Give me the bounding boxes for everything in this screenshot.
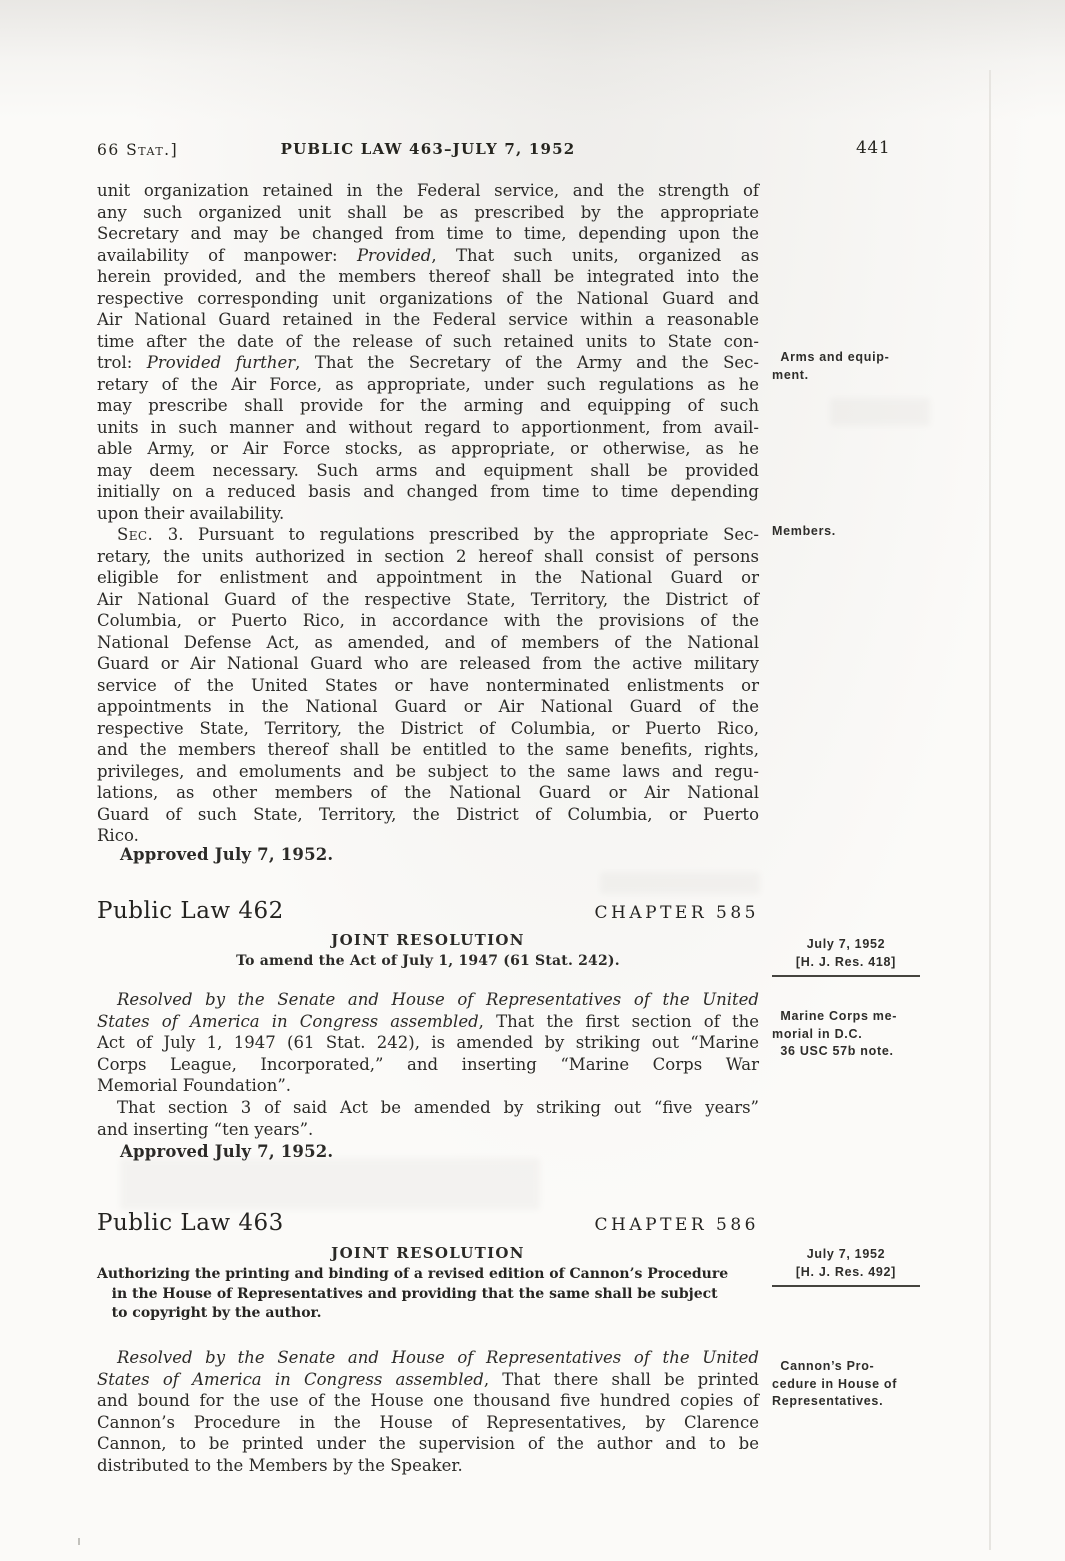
date-line: July 7, 1952 bbox=[772, 1246, 920, 1264]
text-line: Representatives. bbox=[772, 1393, 924, 1411]
text-segment: initially on a reduced basis and changed… bbox=[97, 482, 759, 501]
text-segment: units in such manner and without regard … bbox=[97, 418, 759, 437]
header-law-title: PUBLIC LAW 463–JULY 7, 1952 bbox=[97, 140, 759, 158]
text-line: States of America in Congress assembled,… bbox=[97, 1369, 759, 1391]
text-segment: Arms and equip- bbox=[772, 350, 889, 364]
resolution-purpose-text: Authorizing the printing and binding of … bbox=[97, 1265, 759, 1324]
text-segment: Cannon’s Procedure in the House of Repre… bbox=[97, 1413, 759, 1432]
page-edge-shadow bbox=[989, 70, 991, 1550]
text-segment: and inserting “ten years”. bbox=[97, 1120, 313, 1139]
text-line: That section 3 of said Act be amended by… bbox=[97, 1097, 759, 1119]
text-line: respective State, Territory, the Distric… bbox=[97, 718, 759, 740]
text-line: Marine Corps me- bbox=[772, 1008, 924, 1026]
text-segment: 3. Pursuant to regulations prescribed by… bbox=[153, 525, 759, 544]
text-segment: herein provided, and the members thereof… bbox=[97, 267, 759, 286]
text-segment: respective corresponding unit organizati… bbox=[97, 289, 759, 308]
text-segment: service of the United States or have non… bbox=[97, 676, 759, 695]
text-segment: in the House of Representatives and prov… bbox=[97, 1286, 718, 1302]
header-page-number: 441 bbox=[856, 138, 890, 158]
text-segment: respective State, Territory, the Distric… bbox=[97, 719, 759, 738]
margin-rule bbox=[772, 975, 920, 977]
text-line: may prescribe shall provide for the armi… bbox=[97, 395, 759, 417]
text-segment: and bound for the use of the House one t… bbox=[97, 1391, 759, 1410]
text-segment: Memorial Foundation”. bbox=[97, 1076, 291, 1095]
text-segment: may prescribe shall provide for the armi… bbox=[97, 396, 759, 415]
text-segment: Marine Corps me- bbox=[772, 1009, 897, 1023]
margin-note-marine-corps-memorial: Marine Corps me-morial in D.C. 36 USC 57… bbox=[772, 1008, 924, 1061]
body-paragraph-sec3: Sec. 3. Pursuant to regulations prescrib… bbox=[97, 524, 759, 847]
text-line: privileges, and emoluments and be subjec… bbox=[97, 761, 759, 783]
text-segment: Cannon, to be printed under the supervis… bbox=[97, 1434, 759, 1453]
text-line: may deem necessary. Such arms and equipm… bbox=[97, 460, 759, 482]
text-segment: unit organization retained in the Federa… bbox=[97, 181, 759, 200]
text-line: retary of the Air Force, as appropriate,… bbox=[97, 374, 759, 396]
date-line: July 7, 1952 bbox=[772, 936, 920, 954]
text-line: initially on a reduced basis and changed… bbox=[97, 481, 759, 503]
text-line: Cannon, to be printed under the supervis… bbox=[97, 1433, 759, 1455]
text-line: Members. bbox=[772, 523, 924, 541]
text-segment: Members. bbox=[772, 524, 836, 538]
text-segment: privileges, and emoluments and be subjec… bbox=[97, 762, 759, 781]
text-line: Air National Guard of the respective Sta… bbox=[97, 589, 759, 611]
text-line: Air National Guard retained in the Feder… bbox=[97, 309, 759, 331]
text-line: Act of July 1, 1947 (61 Stat. 242), is a… bbox=[97, 1032, 759, 1054]
text-segment: Air National Guard of the respective Sta… bbox=[97, 590, 759, 609]
resolution-number: [H. J. Res. 418] bbox=[772, 954, 920, 972]
text-segment: , That there shall be printed bbox=[484, 1370, 759, 1389]
text-line: Corps League, Incorporated,” and inserti… bbox=[97, 1054, 759, 1076]
text-segment: able Army, or Air Force stocks, as appro… bbox=[97, 439, 759, 458]
text-line: lations, as other members of the Nationa… bbox=[97, 782, 759, 804]
text-line: in the House of Representatives and prov… bbox=[97, 1285, 759, 1305]
text-line: time after the date of the release of su… bbox=[97, 331, 759, 353]
joint-resolution-subtitle: To amend the Act of July 1, 1947 (61 Sta… bbox=[97, 953, 759, 969]
text-line: any such organized unit shall be as pres… bbox=[97, 202, 759, 224]
margin-rule bbox=[772, 1285, 920, 1287]
text-line: Columbia, or Puerto Rico, in accordance … bbox=[97, 610, 759, 632]
text-line: trol: Provided further, That the Secreta… bbox=[97, 352, 759, 374]
approved-line: Approved July 7, 1952. bbox=[97, 1142, 782, 1161]
scan-artifact bbox=[78, 1538, 80, 1545]
public-law-462-label: Public Law 462 bbox=[97, 898, 284, 924]
text-segment: , That the Secretary of the Army and the… bbox=[295, 353, 759, 372]
text-segment: appointments in the National Guard or Ai… bbox=[97, 697, 759, 716]
text-segment: morial in D.C. bbox=[772, 1027, 862, 1041]
margin-note-members: Members. bbox=[772, 523, 924, 541]
scan-artifact bbox=[120, 1158, 540, 1210]
text-segment: , That such units, organized as bbox=[431, 246, 759, 265]
text-line: States of America in Congress assembled,… bbox=[97, 1011, 759, 1033]
text-segment: Columbia, or Puerto Rico, in accordance … bbox=[97, 611, 759, 630]
text-line: units in such manner and without regard … bbox=[97, 417, 759, 439]
text-line: eligible for enlistment and appointment … bbox=[97, 567, 759, 589]
text-segment: Secretary and may be changed from time t… bbox=[97, 224, 759, 243]
text-segment: , That the first section of the bbox=[479, 1012, 759, 1031]
text-line: distributed to the Members by the Speake… bbox=[97, 1455, 759, 1477]
text-segment: Guard or Air National Guard who are rele… bbox=[97, 654, 759, 673]
text-segment: Guard of such State, Territory, the Dist… bbox=[97, 805, 759, 824]
text-segment: Resolved by the Senate and House of Repr… bbox=[117, 990, 759, 1009]
text-segment: distributed to the Members by the Speake… bbox=[97, 1456, 463, 1475]
text-segment: may deem necessary. Such arms and equipm… bbox=[97, 461, 759, 480]
text-line: availability of manpower: Provided, That… bbox=[97, 245, 759, 267]
text-segment: lations, as other members of the Nationa… bbox=[97, 783, 759, 802]
text-line: and bound for the use of the House one t… bbox=[97, 1390, 759, 1412]
text-segment: Rico. bbox=[97, 826, 139, 845]
text-segment: retary of the Air Force, as appropriate,… bbox=[97, 375, 759, 394]
text-line: Memorial Foundation”. bbox=[97, 1075, 759, 1097]
text-segment: Act of July 1, 1947 (61 Stat. 242), is a… bbox=[97, 1033, 759, 1052]
text-line: able Army, or Air Force stocks, as appro… bbox=[97, 438, 759, 460]
text-segment: and the members thereof shall be entitle… bbox=[97, 740, 759, 759]
text-segment: Authorizing the printing and binding of … bbox=[97, 1266, 728, 1282]
text-line: respective corresponding unit organizati… bbox=[97, 288, 759, 310]
text-line: 36 USC 57b note. bbox=[772, 1043, 924, 1061]
text-segment: Corps League, Incorporated,” and inserti… bbox=[97, 1055, 759, 1074]
text-line: morial in D.C. bbox=[772, 1026, 924, 1044]
margin-note-cannons-procedure: Cannon’s Pro-cedure in House ofRepresent… bbox=[772, 1358, 924, 1411]
text-line: unit organization retained in the Federa… bbox=[97, 180, 759, 202]
text-line: and inserting “ten years”. bbox=[97, 1119, 759, 1141]
text-segment: any such organized unit shall be as pres… bbox=[97, 203, 759, 222]
scan-artifact bbox=[600, 872, 760, 894]
text-line: retary, the units authorized in section … bbox=[97, 546, 759, 568]
text-segment: Representatives. bbox=[772, 1394, 883, 1408]
text-segment: Provided further bbox=[147, 353, 295, 372]
text-segment: Resolved by the Senate and House of Repr… bbox=[117, 1348, 759, 1367]
public-law-463-label: Public Law 463 bbox=[97, 1210, 284, 1236]
text-segment: availability of manpower: bbox=[97, 246, 357, 265]
text-segment: Air National Guard retained in the Feder… bbox=[97, 310, 759, 329]
scanned-page: 66 Stat.] PUBLIC LAW 463–JULY 7, 1952 44… bbox=[0, 0, 1065, 1561]
text-line: Cannon’s Procedure in the House of Repre… bbox=[97, 1412, 759, 1434]
text-segment: ment. bbox=[772, 368, 809, 382]
text-segment: National Defense Act, as amended, and of… bbox=[97, 633, 759, 652]
text-segment: upon their availability. bbox=[97, 504, 284, 523]
text-line: and the members thereof shall be entitle… bbox=[97, 739, 759, 761]
amendment-paragraph-462: That section 3 of said Act be amended by… bbox=[97, 1097, 759, 1140]
text-segment: Provided bbox=[357, 246, 431, 265]
text-segment: time after the date of the release of su… bbox=[97, 332, 759, 351]
text-segment: eligible for enlistment and appointment … bbox=[97, 568, 759, 587]
text-segment: That section 3 of said Act be amended by… bbox=[117, 1098, 759, 1117]
margin-note-arms-and-equipment: Arms and equip-ment. bbox=[772, 349, 924, 384]
law-heading-row: Public Law 462 CHAPTER 585 bbox=[97, 898, 759, 924]
text-line: upon their availability. bbox=[97, 503, 759, 525]
text-line: appointments in the National Guard or Ai… bbox=[97, 696, 759, 718]
text-line: cedure in House of bbox=[772, 1376, 924, 1394]
approved-line: Approved July 7, 1952. bbox=[97, 845, 782, 864]
text-segment: Cannon’s Pro- bbox=[772, 1359, 874, 1373]
chapter-585-label: CHAPTER 585 bbox=[595, 903, 759, 923]
law-heading-row: Public Law 463 CHAPTER 586 bbox=[97, 1210, 759, 1236]
text-segment: to copyright by the author. bbox=[97, 1305, 322, 1321]
body-paragraph: unit organization retained in the Federa… bbox=[97, 180, 759, 524]
resolution-number: [H. J. Res. 492] bbox=[772, 1264, 920, 1282]
text-segment: trol: bbox=[97, 353, 147, 372]
text-line: ment. bbox=[772, 367, 924, 385]
resolved-paragraph-462: Resolved by the Senate and House of Repr… bbox=[97, 989, 759, 1097]
text-segment: 36 USC 57b note. bbox=[772, 1044, 894, 1058]
text-line: Guard or Air National Guard who are rele… bbox=[97, 653, 759, 675]
scan-artifact bbox=[830, 398, 930, 426]
text-line: Resolved by the Senate and House of Repr… bbox=[97, 1347, 759, 1369]
margin-note-date-hjres492: July 7, 1952 [H. J. Res. 492] bbox=[772, 1246, 920, 1287]
text-segment: States of America in Congress assembled bbox=[97, 1370, 484, 1389]
text-line: Cannon’s Pro- bbox=[772, 1358, 924, 1376]
margin-note-date-hjres418: July 7, 1952 [H. J. Res. 418] bbox=[772, 936, 920, 977]
chapter-586-label: CHAPTER 586 bbox=[595, 1215, 759, 1235]
resolved-paragraph-463: Resolved by the Senate and House of Repr… bbox=[97, 1347, 759, 1476]
text-line: to copyright by the author. bbox=[97, 1304, 759, 1324]
text-line: service of the United States or have non… bbox=[97, 675, 759, 697]
text-line: Resolved by the Senate and House of Repr… bbox=[97, 989, 759, 1011]
text-segment: States of America in Congress assembled bbox=[97, 1012, 479, 1031]
text-line: Sec. 3. Pursuant to regulations prescrib… bbox=[97, 524, 759, 546]
text-segment: retary, the units authorized in section … bbox=[97, 547, 759, 566]
text-line: herein provided, and the members thereof… bbox=[97, 266, 759, 288]
text-line: Rico. bbox=[97, 825, 759, 847]
text-line: Secretary and may be changed from time t… bbox=[97, 223, 759, 245]
text-segment: cedure in House of bbox=[772, 1377, 897, 1391]
text-segment: Sec. bbox=[117, 525, 153, 544]
joint-resolution-heading: JOINT RESOLUTION bbox=[97, 1244, 759, 1262]
text-line: Guard of such State, Territory, the Dist… bbox=[97, 804, 759, 826]
text-line: National Defense Act, as amended, and of… bbox=[97, 632, 759, 654]
text-line: Authorizing the printing and binding of … bbox=[97, 1265, 759, 1285]
text-line: Arms and equip- bbox=[772, 349, 924, 367]
joint-resolution-heading: JOINT RESOLUTION bbox=[97, 931, 759, 949]
